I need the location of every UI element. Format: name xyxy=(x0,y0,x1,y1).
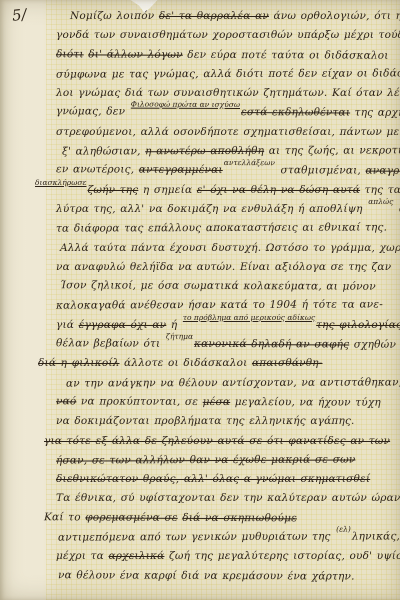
handwritten-text: να δοκιμάζονται προβλήματα της ελληνικής… xyxy=(56,415,355,427)
struck-through-text: για τότε εξ άλλα δε ζηλεύουν αυτά σε ότι… xyxy=(44,435,390,447)
handwritten-text: στρεφούμενοι, αλλά οσονδήποτε σχηματισθε… xyxy=(56,126,400,138)
struck-through-text: έγγραφα όχι αν xyxy=(79,319,167,331)
struck-through-text: δε' τα θαρραλέα αν xyxy=(159,10,269,22)
handwritten-line: μέχρι τα αρχειλικά ζωή της μεγαλύτερης ι… xyxy=(56,547,396,566)
inserted-correction: αντελλάξεων xyxy=(224,159,275,167)
struck-through-text: ήσαν, σε των αλλήλων θαν να έχωθε μακριά… xyxy=(56,453,355,466)
handwritten-line: λύτρα της, αλλ' να δοκιμάζη να ενθυλάξη … xyxy=(56,200,396,219)
handwritten-text: της τα xyxy=(360,184,400,196)
handwritten-line: θέλαν βεβαίων ότι ζήτημακανονικά δηλαδή … xyxy=(56,334,396,355)
manuscript-text-block: Νομίζω λοιπόν δε' τα θαρραλέα αν άνω ορθ… xyxy=(56,7,396,586)
handwritten-line: στρεφούμενοι, αλλά οσονδήποτε σχηματισθε… xyxy=(56,123,396,142)
inserted-correction: το πρόβλημα από μερικούς αδίκως xyxy=(183,314,315,322)
handwritten-line: εν ανωτέροις, αντεγραμμέναιαντελλάξεων σ… xyxy=(56,161,396,182)
handwritten-text: σύμφωνα με τας γνώμας, αλλά διότι ποτέ δ… xyxy=(56,67,400,80)
handwritten-text: ή xyxy=(166,319,182,331)
handwritten-line: να δοκιμάζονται προβλήματα της ελληνικής… xyxy=(56,412,396,431)
handwritten-text: η σημεία xyxy=(138,184,196,196)
handwritten-text: λύτρα της, αλλ' να δοκιμάζη να ενθυλάξη … xyxy=(56,203,367,215)
handwritten-line: διά η φιλικοίλ άλλοτε οι διδάσκαλοι απαι… xyxy=(38,354,396,373)
struck-through-text: της φιλολογίας xyxy=(316,319,400,331)
struck-through-text: μέσα xyxy=(203,396,231,408)
handwritten-text: αν την ανάγκην να θέλουν αντίσχονταν, να… xyxy=(66,376,400,389)
handwritten-line: τα διάφορα τας επάλλους αποκαταστήσεις α… xyxy=(56,219,396,239)
struck-through-text: φορεμασμένα σε xyxy=(85,511,177,523)
handwritten-text: δεν εύρα ποτέ ταύτα οι διδάσκαλοι xyxy=(183,48,389,61)
handwritten-line: ήσαν, σε των αλλήλων θαν να έχωθε μακριά… xyxy=(56,450,396,470)
handwritten-text: ζωή της μεγαλύτερης ιστορίας, ουδ' υψίος xyxy=(164,550,400,562)
handwritten-text: ξ' αληθώσιαν, xyxy=(62,145,145,157)
handwritten-text: μεγαλείου, να ήχουν τύχη xyxy=(230,396,381,409)
handwritten-line: γιά έγγραφα όχι αν ή το πρόβλημα από μερ… xyxy=(56,316,396,335)
handwritten-text: άλλοτε οι διδάσκαλοι xyxy=(120,357,252,369)
handwritten-text: αι της ζωής, αι νεκροτικώται, αι θολεραί… xyxy=(264,144,400,157)
struck-through-text: απαισθάνθη- xyxy=(252,357,323,369)
handwritten-line: σύμφωνα με τας γνώμας, αλλά διότι ποτέ δ… xyxy=(56,64,396,84)
handwritten-line: για τότε εξ άλλα δε ζηλεύουν αυτά σε ότι… xyxy=(44,432,396,451)
struck-through-text: αναγράφων xyxy=(365,165,400,177)
struck-through-text: ε' όχι να θέλη να δώση αυτά xyxy=(197,184,360,196)
inserted-correction: διασκλήρωσε xyxy=(35,179,86,187)
handwritten-text: Αλλά ταύτα πάντα έχουσι δυστυχή. Ωστόσο … xyxy=(60,242,400,254)
handwritten-line: να θέλουν ένα καρφί διά να κρεμάσουν ένα… xyxy=(58,566,396,587)
struck-through-text: εστά εκδηλωθένται xyxy=(241,107,350,119)
page-number: 5/ xyxy=(11,5,28,26)
struck-through-text: η ανωτέρω αποθλήθη xyxy=(145,145,264,157)
handwritten-text: Τα έθνικα, σύ υφίσταχονται δεν την καλύτ… xyxy=(56,492,400,504)
handwritten-line: να αναφυλώ θελήϊδα να αυτών. Είναι αξιόλ… xyxy=(56,258,396,277)
handwritten-text: άνω ορθολογιών, ότι η εξαφθο- xyxy=(269,10,400,22)
handwritten-text: Ίσον ζηλικοί, με όσα σωματικά κολακεύματ… xyxy=(60,279,376,292)
struck-through-text: αντεγραμμέναι xyxy=(139,164,223,176)
handwritten-text: Νομίζω λοιπόν xyxy=(70,10,159,22)
handwritten-text: να θέλουν ένα καρφί διά να κρεμάσουν ένα… xyxy=(58,569,355,582)
handwritten-text: τα διάφορα τας επάλλους αποκαταστήσεις α… xyxy=(56,222,387,235)
handwritten-line: γονδά των συναισθημάτων χοροστασιθών υπά… xyxy=(56,26,396,45)
struck-through-text: κανονικά δηλαδή αν σαφής xyxy=(194,338,349,351)
inserted-correction: (ελ) xyxy=(336,526,351,534)
handwritten-text: θέλαν βεβαίων ότι xyxy=(56,337,165,349)
struck-through-text: διεθνικώτατον θραύς, αλλ' όλας α γνώμαι … xyxy=(56,473,370,485)
inserted-correction: ζήτημα xyxy=(166,333,193,341)
handwritten-line: διεθνικώτατον θραύς, αλλ' όλας α γνώμαι … xyxy=(56,470,396,489)
handwritten-text: ληνικάς, xyxy=(352,530,400,542)
handwritten-line: αν την ανάγκην να θέλουν αντίσχονταν, να… xyxy=(66,373,396,393)
handwritten-text: γνώμας, δεν xyxy=(56,106,130,118)
handwritten-line: γνώμας, δεν Φιλοσοφώ πρώτα αν ισχύσωεστά… xyxy=(56,103,396,124)
struck-through-text: διά η φιλικοίλ xyxy=(38,357,120,369)
handwritten-line: Αλλά ταύτα πάντα έχουσι δυστυχή. Ωστόσο … xyxy=(60,239,396,258)
handwritten-text: γιά xyxy=(56,319,79,331)
handwritten-text: σχηθών xyxy=(349,339,396,351)
handwritten-text: μέχρι τα xyxy=(56,550,109,562)
handwritten-line: Ίσον ζηλικοί, με όσα σωματικά κολακεύματ… xyxy=(60,276,396,297)
inserted-correction: Φιλοσοφώ πρώτα αν ισχύσω xyxy=(131,101,240,109)
struck-through-text: αρχειλικά xyxy=(109,550,165,562)
struck-through-text: ζωήν της xyxy=(87,184,138,196)
struck-through-text: ναό xyxy=(56,395,76,407)
handwritten-text: αντιμεπόμενα από των γενικών μυθυριάτων … xyxy=(58,531,335,544)
handwritten-text: από xyxy=(394,203,400,215)
handwritten-text: να προκύπτονται, σε xyxy=(76,395,202,408)
handwritten-text: της αρχής, θα απεξηγαμορφωσονταί xyxy=(350,107,400,120)
handwritten-text: Καί το xyxy=(44,511,85,523)
struck-through-text: διότι xyxy=(56,48,84,60)
struck-through-text: δι' άλλων λόγων xyxy=(88,48,183,60)
handwritten-line: Νομίζω λοιπόν δε' τα θαρραλέα αν άνω ορθ… xyxy=(70,7,396,26)
handwritten-text: λοι γνώμας διά των συναισθητικών ζητημάτ… xyxy=(56,87,400,99)
handwritten-line: διασκλήρωσεζωήν της η σημεία ε' όχι να θ… xyxy=(34,181,396,200)
handwritten-line: διότι δι' άλλων λόγων δεν εύρα ποτέ ταύτ… xyxy=(56,45,396,66)
handwritten-line: Τα έθνικα, σύ υφίσταχονται δεν την καλύτ… xyxy=(56,489,396,508)
handwritten-text: γονδά των συναισθημάτων χοροστασιθών υπά… xyxy=(56,29,400,41)
handwritten-text: σταθμισμέναι, xyxy=(276,165,366,177)
handwritten-text: να αναφυλώ θελήϊδα να αυτών. Είναι αξιόλ… xyxy=(56,261,391,273)
inserted-correction: απλώς xyxy=(368,198,393,206)
struck-through-text: διά να σκηπιωθούμε xyxy=(182,512,297,525)
manuscript-page: 5/ Νομίζω λοιπόν δε' τα θαρραλέα αν άνω … xyxy=(0,0,400,600)
handwritten-line: αντιμεπόμενα από των γενικών μυθυριάτων … xyxy=(58,527,396,547)
handwritten-text: εν ανωτέροις, xyxy=(56,164,139,176)
handwritten-line: ναό να προκύπτονται, σε μέσα μεγαλείου, … xyxy=(56,392,396,413)
handwritten-text: καλοκαγαθά ανέθεσαν ήσαν κατά το 1904 ή … xyxy=(56,299,383,312)
